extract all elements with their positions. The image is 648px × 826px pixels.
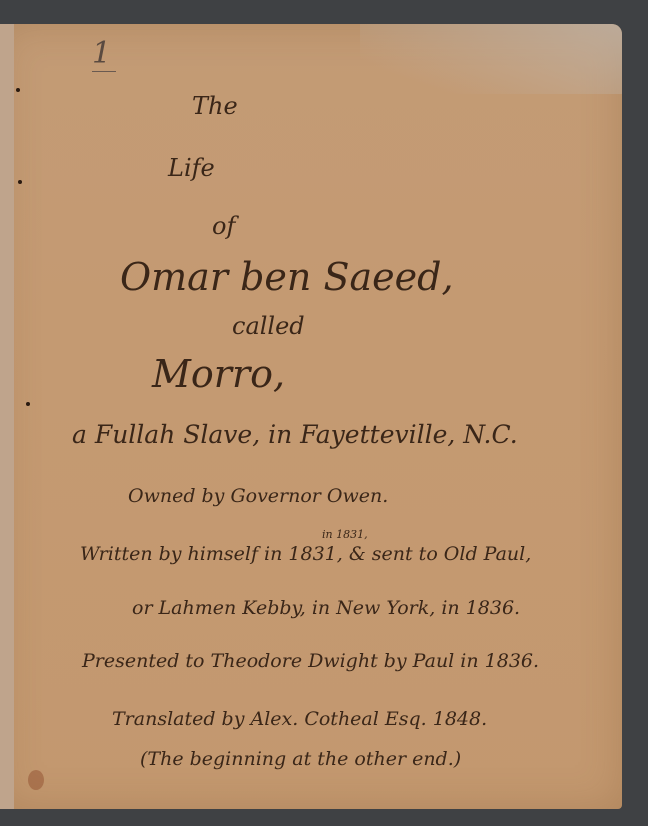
interlinear-note: in 1831, xyxy=(322,528,368,541)
translated-line: Translated by Alex. Cotheal Esq. 1848. xyxy=(112,708,487,730)
title-line-3: of xyxy=(212,212,235,240)
sent-line: or Lahmen Kebby, in New York, in 1836. xyxy=(132,597,520,619)
presented-line: Presented to Theodore Dwight by Paul in … xyxy=(82,650,539,672)
page-number: 1 xyxy=(92,36,116,72)
faded-corner xyxy=(360,24,622,94)
title-line-6: Morro, xyxy=(152,352,285,396)
subtitle-line: a Fullah Slave, in Fayetteville, N.C. xyxy=(72,420,518,449)
margin-mark xyxy=(16,88,20,92)
owner-line: Owned by Governor Owen. xyxy=(128,485,388,507)
title-line-5: called xyxy=(232,312,305,340)
title-line-1: The xyxy=(192,92,238,120)
page-binding-edge xyxy=(0,24,14,809)
note-line: (The beginning at the other end.) xyxy=(140,748,461,770)
ink-stain xyxy=(28,770,44,790)
title-line-4: Omar ben Saeed, xyxy=(120,255,454,299)
manuscript-page xyxy=(0,24,622,809)
margin-mark xyxy=(26,402,30,406)
margin-mark xyxy=(18,180,22,184)
title-line-2: Life xyxy=(168,154,215,182)
written-line: Written by himself in 1831, & sent to Ol… xyxy=(80,543,531,565)
